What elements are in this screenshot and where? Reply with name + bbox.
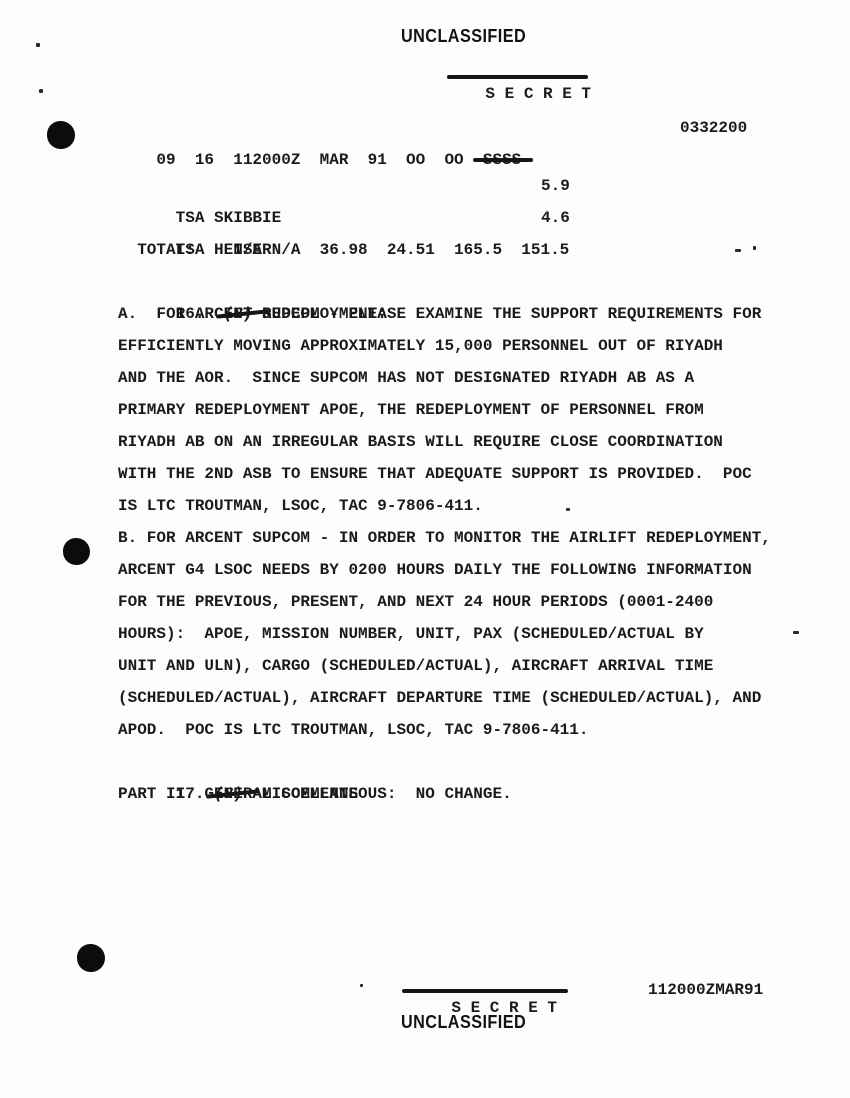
paragraph-b-line: HOURS): APOE, MISSION NUMBER, UNIT, PAX … xyxy=(118,618,818,650)
item-17-heading: 17. (S) MISCELLANEOUS: NO CHANGE. xyxy=(118,746,818,778)
item-16-heading: 16. (S) REDEPLOYMENT: xyxy=(118,266,818,298)
paragraph-a-line: IS LTC TROUTMAN, LSOC, TAC 9-7806-411. xyxy=(118,490,818,522)
scan-speck xyxy=(566,508,570,511)
paragraph-a-line: WITH THE 2ND ASB TO ENSURE THAT ADEQUATE… xyxy=(118,458,818,490)
scan-speck xyxy=(39,89,43,93)
paragraph-a-line: AND THE AOR. SINCE SUPCOM HAS NOT DESIGN… xyxy=(118,362,818,394)
scan-speck xyxy=(36,43,40,47)
message-header-line: 09 16 112000Z MAR 91 OO OO SSSS 0332200 xyxy=(118,112,818,144)
date-time-group: 112000ZMAR91 xyxy=(648,980,763,1000)
stat-row: TSA SKIBBIE 5.9 xyxy=(118,170,818,202)
stat-row: TSA HEISER 4.6 xyxy=(118,202,818,234)
stat-value: 5.9 xyxy=(541,170,570,202)
stat-value: 4.6 xyxy=(541,202,570,234)
serial-number: 0332200 xyxy=(680,112,747,144)
classification-stamp-bottom: UNCLASSIFIED xyxy=(401,1012,526,1033)
hole-punch-mark xyxy=(77,944,105,972)
paragraph-b-line: UNIT AND ULN), CARGO (SCHEDULED/ACTUAL),… xyxy=(118,650,818,682)
paragraph-a-line: RIYADH AB ON AN IRREGULAR BASIS WILL REQ… xyxy=(118,426,818,458)
document-page: UNCLASSIFIED S E C R E T 09 16 112000Z M… xyxy=(0,0,850,1098)
scan-speck xyxy=(793,631,799,634)
paragraph-b-line: B. FOR ARCENT SUPCOM - IN ORDER TO MONIT… xyxy=(118,522,818,554)
paragraph-b-line: APOD. POC IS LTC TROUTMAN, LSOC, TAC 9-7… xyxy=(118,714,818,746)
total-line: TOTAL: N/A N/A 36.98 24.51 165.5 151.5 xyxy=(118,234,818,266)
message-header-prefix: 09 16 112000Z MAR 91 OO OO xyxy=(156,151,482,169)
scan-speck xyxy=(753,246,756,250)
paragraph-a-line: A. FOR ARCENT SUPCOM - PLEASE EXAMINE TH… xyxy=(118,298,818,330)
secret-marking-top-text: S E C R E T xyxy=(485,85,591,103)
hole-punch-mark xyxy=(63,538,90,565)
paragraph-b-line: ARCENT G4 LSOC NEEDS BY 0200 HOURS DAILY… xyxy=(118,554,818,586)
paragraph-b-line: FOR THE PREVIOUS, PRESENT, AND NEXT 24 H… xyxy=(118,586,818,618)
scan-speck xyxy=(735,249,741,252)
paragraph-b-line: (SCHEDULED/ACTUAL), AIRCRAFT DEPARTURE T… xyxy=(118,682,818,714)
classification-stamp-top: UNCLASSIFIED xyxy=(401,26,526,47)
hole-punch-mark xyxy=(47,121,75,149)
paragraph-a-line: PRIMARY REDEPLOYMENT APOE, THE REDEPLOYM… xyxy=(118,394,818,426)
part-ii-heading: PART II GENERAL COMMENTS xyxy=(118,778,818,810)
scan-speck xyxy=(360,984,363,987)
document-body: TSA SKIBBIE 5.9 TSA HEISER 4.6 TOTAL: N/… xyxy=(118,170,818,810)
paragraph-a-line: EFFICIENTLY MOVING APPROXIMATELY 15,000 … xyxy=(118,330,818,362)
